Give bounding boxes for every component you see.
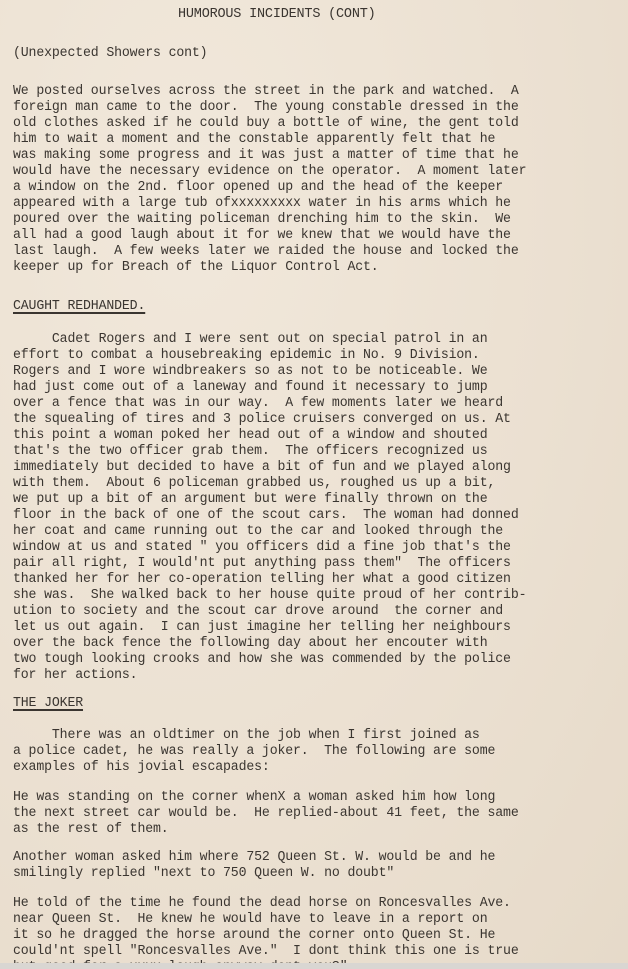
text-line: this point a woman poked her head out of…: [13, 427, 487, 443]
text-line: let us out again. I can just imagine her…: [13, 619, 511, 635]
text-line: that's the two officer grab them. The of…: [13, 443, 487, 459]
text-line: smilingly replied "next to 750 Queen W. …: [13, 865, 394, 881]
text-line: a police cadet, he was really a joker. T…: [13, 743, 495, 759]
text-line: There was an oldtimer on the job when I …: [13, 727, 480, 743]
text-line: him to wait a moment and the constable a…: [13, 131, 495, 147]
section-subheading: (Unexpected Showers cont): [13, 45, 207, 61]
text-line: we put up a bit of an argument but were …: [13, 491, 487, 507]
text-line: her coat and came running out to the car…: [13, 523, 503, 539]
text-line: had just come out of a laneway and found…: [13, 379, 487, 395]
text-line: for her actions.: [13, 667, 137, 683]
text-line: He told of the time he found the dead ho…: [13, 895, 511, 911]
page-title: HUMOROUS INCIDENTS (CONT): [178, 7, 376, 22]
text-line: ution to society and the scout car drove…: [13, 603, 503, 619]
text-line: thanked her for her co-operation telling…: [13, 571, 511, 587]
text-line: the next street car would be. He replied…: [13, 805, 519, 821]
typewritten-page: HUMOROUS INCIDENTS (CONT) (Unexpected Sh…: [0, 0, 628, 969]
text-line: it so he dragged the horse around the co…: [13, 927, 495, 943]
text-line: effort to combat a housebreaking epidemi…: [13, 347, 480, 363]
text-line: foreign man came to the door. The young …: [13, 99, 519, 115]
text-line: Rogers and I wore windbreakers so as not…: [13, 363, 487, 379]
text-line: He was standing on the corner whenX a wo…: [13, 789, 495, 805]
text-line: keeper up for Breach of the Liquor Contr…: [13, 259, 379, 275]
text-line: as the rest of them.: [13, 821, 169, 837]
text-line: examples of his jovial escapades:: [13, 759, 270, 775]
text-line: Cadet Rogers and I were sent out on spec…: [13, 331, 487, 347]
text-line: last laugh. A few weeks later we raided …: [13, 243, 519, 259]
text-line: two tough looking crooks and how she was…: [13, 651, 511, 667]
text-line: a window on the 2nd. floor opened up and…: [13, 179, 503, 195]
text-line: over the back fence the following day ab…: [13, 635, 487, 651]
text-line: appeared with a large tub ofxxxxxxxxx wa…: [13, 195, 511, 211]
text-line: old clothes asked if he could buy a bott…: [13, 115, 519, 131]
text-line: she was. She walked back to her house qu…: [13, 587, 526, 603]
text-line: immediately but decided to have a bit of…: [13, 459, 511, 475]
text-line: near Queen St. He knew he would have to …: [13, 911, 487, 927]
text-line: with them. About 6 policeman grabbed us,…: [13, 475, 495, 491]
text-line: pair all right, I would'nt put anything …: [13, 555, 511, 571]
text-line: We posted ourselves across the street in…: [13, 83, 519, 99]
text-line: over a fence that was in our way. A few …: [13, 395, 503, 411]
text-line: poured over the waiting policeman drench…: [13, 211, 511, 227]
section-heading-caught-redhanded: CAUGHT REDHANDED.: [13, 298, 145, 314]
page-bottom-edge: [0, 963, 628, 969]
text-line: window at us and stated " you officers d…: [13, 539, 511, 555]
text-line: could'nt spell "Roncesvalles Ave." I don…: [13, 943, 519, 959]
text-line: floor in the back of one of the scout ca…: [13, 507, 519, 523]
text-line: all had a good laugh about it for we kne…: [13, 227, 511, 243]
text-line: would have the necessary evidence on the…: [13, 163, 526, 179]
section-heading-the-joker: THE JOKER: [13, 695, 83, 711]
text-line: was making some progress and it was just…: [13, 147, 519, 163]
text-line: the squealing of tires and 3 police crui…: [13, 411, 511, 427]
text-line: Another woman asked him where 752 Queen …: [13, 849, 495, 865]
